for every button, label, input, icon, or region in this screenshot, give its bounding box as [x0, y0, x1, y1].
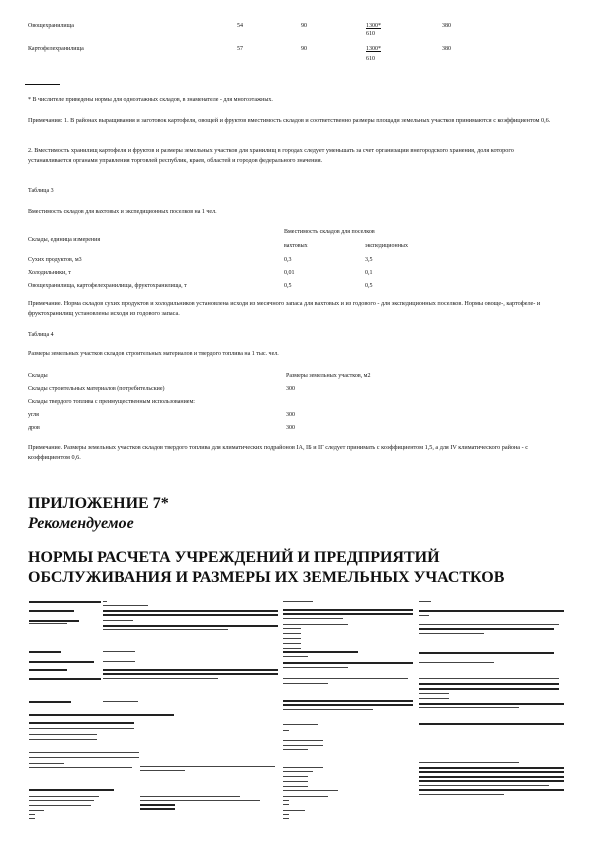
micro-text-line [29, 669, 67, 671]
micro-text-line [419, 707, 519, 708]
appendix-subtitle: Рекомендуемое [28, 514, 134, 534]
table-row-name: Склады строительных материалов (потребит… [28, 385, 165, 393]
row-value: 90 [301, 22, 307, 30]
micro-text-line [103, 625, 278, 627]
micro-text-line [283, 776, 308, 777]
micro-text-line [29, 678, 101, 680]
micro-text-line [29, 714, 174, 716]
micro-text-line [29, 651, 61, 653]
micro-text-line [29, 610, 74, 612]
micro-text-line [140, 804, 175, 806]
table-row-name: Сухих продуктов, м3 [28, 256, 82, 264]
micro-text-line [283, 601, 313, 602]
micro-text-line [283, 749, 308, 750]
micro-text-line [283, 618, 343, 619]
micro-text-line [283, 648, 301, 649]
micro-text-line [419, 794, 504, 795]
micro-text-line [419, 652, 554, 654]
appendix-heading-line2: ОБСЛУЖИВАНИЯ И РАЗМЕРЫ ИХ ЗЕМЕЛЬНЫХ УЧАС… [28, 568, 504, 588]
row-value: 380 [442, 45, 451, 53]
micro-text-line [419, 633, 484, 634]
micro-text-line [103, 673, 278, 675]
micro-text-line [419, 628, 554, 630]
micro-text-line [140, 800, 260, 801]
micro-text-line [29, 814, 35, 815]
note-2: 2. Вместимость хранилищ картофеля и фрук… [28, 146, 558, 166]
micro-text-line [419, 615, 429, 616]
micro-text-line [283, 790, 338, 791]
micro-text-line [29, 800, 94, 801]
row-value-numerator: 1300* [366, 22, 381, 30]
micro-text-line [283, 804, 289, 805]
micro-text-line [140, 770, 185, 771]
micro-text-line [283, 818, 289, 819]
micro-text-line [29, 739, 97, 740]
micro-text-line [29, 701, 71, 703]
micro-text-line [103, 605, 148, 606]
micro-text-line [29, 620, 79, 622]
micro-text-line [283, 700, 413, 702]
micro-text-line [283, 609, 413, 611]
micro-text-line [103, 661, 135, 662]
micro-text-line [419, 662, 494, 663]
row-value: 57 [237, 45, 243, 53]
micro-text-line [419, 698, 449, 699]
micro-text-line [283, 651, 358, 653]
table4-note: Примечание. Размеры земельных участков с… [28, 443, 558, 463]
row-value-denominator: 610 [366, 55, 375, 63]
table3-label: Таблица 3 [28, 187, 54, 195]
micro-text-line [29, 789, 114, 791]
micro-text-line [103, 620, 133, 621]
table-row-name: Холодильники, т [28, 269, 71, 277]
table-cell: 0,1 [365, 269, 373, 277]
micro-text-line [283, 628, 301, 629]
micro-text-line [283, 709, 373, 710]
micro-text-line [419, 785, 549, 786]
micro-text-line [283, 796, 328, 797]
micro-text-line [419, 762, 519, 763]
micro-text-line [419, 780, 564, 782]
micro-text-line [29, 805, 91, 806]
row-name: Овощехранилища [28, 22, 74, 30]
micro-text-line [419, 703, 564, 705]
row-value-numerator: 1300* [366, 45, 381, 53]
micro-text-line [419, 723, 564, 725]
micro-text-line [283, 638, 301, 639]
micro-text-line [419, 688, 559, 690]
micro-text-line [283, 781, 308, 782]
micro-text-line [103, 678, 218, 679]
micro-text-line [29, 796, 99, 797]
micro-text-line [283, 678, 408, 679]
micro-text-line [29, 601, 101, 603]
table3-note: Примечание. Норма складов сухих продукто… [28, 299, 558, 319]
table-cell: 0,01 [284, 269, 295, 277]
row-value-denominator: 610 [366, 30, 375, 38]
note-1: Примечания: 1. В районах выращивания и з… [28, 116, 558, 126]
micro-text-line [283, 704, 413, 706]
micro-text-line [140, 808, 175, 810]
micro-text-line [103, 601, 107, 602]
col-header: Склады, единица измерения [28, 236, 100, 244]
micro-text-line [283, 800, 289, 801]
micro-text-line [283, 771, 313, 772]
micro-text-line [29, 752, 139, 753]
micro-text-line [29, 757, 139, 758]
col-header-group: Вместимость складов для поселков [284, 228, 375, 236]
micro-text-line [283, 724, 318, 725]
micro-text-line [29, 661, 94, 663]
micro-text-line [419, 678, 559, 679]
footnote-divider [25, 84, 60, 85]
row-value: 380 [442, 22, 451, 30]
micro-text-line [419, 610, 564, 612]
appendix-heading-line1: НОРМЫ РАСЧЕТА УЧРЕЖДЕНИЙ И ПРЕДПРИЯТИЙ [28, 548, 440, 568]
table-row-name: угля [28, 411, 39, 419]
micro-text-line [140, 796, 240, 797]
micro-text-line [29, 763, 64, 764]
table-row-name: дров [28, 424, 40, 432]
table-cell: 300 [286, 385, 295, 393]
col-header: экспедиционных [365, 242, 408, 250]
table3-title: Вместимость складов для вахтовых и экспе… [28, 208, 217, 216]
micro-text-line [283, 745, 323, 746]
row-name: Картофелехранилища [28, 45, 84, 53]
table-cell: 0,5 [284, 282, 292, 290]
micro-text-line [283, 656, 308, 657]
table-cell: 0,5 [365, 282, 373, 290]
table-row-name: Склады твердого топлива с преимущественн… [28, 398, 195, 406]
table-row-name: Овощехранилища, картофелехранилища, фрук… [28, 282, 187, 290]
micro-text-line [283, 740, 323, 741]
appendix-title: ПРИЛОЖЕНИЕ 7* [28, 494, 169, 514]
micro-text-line [283, 667, 348, 668]
table4-title: Размеры земельных участков складов строи… [28, 350, 279, 358]
micro-text-line [29, 767, 132, 768]
micro-text-line [283, 643, 301, 644]
micro-text-line [103, 610, 278, 612]
row-value: 90 [301, 45, 307, 53]
micro-text-line [419, 683, 559, 685]
micro-text-line [419, 601, 431, 602]
micro-text-line [419, 767, 564, 769]
micro-text-line [29, 728, 134, 729]
col-header: вахтовых [284, 242, 308, 250]
micro-text-line [419, 693, 449, 694]
micro-text-line [29, 722, 134, 724]
micro-text-line [29, 623, 67, 624]
micro-text-line [283, 613, 413, 615]
micro-text-line [283, 730, 289, 731]
table-cell: 300 [286, 411, 295, 419]
micro-text-line [103, 669, 278, 671]
micro-text-line [29, 810, 44, 811]
micro-text-line [283, 767, 323, 768]
micro-text-line [283, 624, 348, 625]
table-cell: 3,5 [365, 256, 373, 264]
micro-text-line [103, 614, 278, 616]
micro-text-line [283, 683, 328, 684]
col-header: Склады [28, 372, 48, 380]
col-header: Размеры земельных участков, м2 [286, 372, 370, 380]
micro-text-line [29, 734, 97, 735]
footnote: * В числителе приведены нормы для одноэт… [28, 96, 273, 104]
micro-text-line [140, 766, 275, 767]
micro-text-line [419, 624, 559, 625]
table-cell: 0,3 [284, 256, 292, 264]
table-cell: 300 [286, 424, 295, 432]
micro-text-line [283, 633, 301, 634]
row-value: 54 [237, 22, 243, 30]
micro-text-line [283, 814, 289, 815]
table4-label: Таблица 4 [28, 331, 54, 339]
micro-text-line [29, 818, 35, 819]
micro-text-line [419, 771, 564, 773]
micro-text-line [283, 662, 413, 664]
micro-text-line [103, 651, 135, 652]
micro-text-line [419, 776, 564, 778]
micro-text-line [283, 786, 308, 787]
micro-text-line [283, 810, 305, 811]
micro-text-line [103, 701, 138, 702]
micro-text-line [419, 789, 564, 791]
micro-text-line [103, 629, 228, 630]
